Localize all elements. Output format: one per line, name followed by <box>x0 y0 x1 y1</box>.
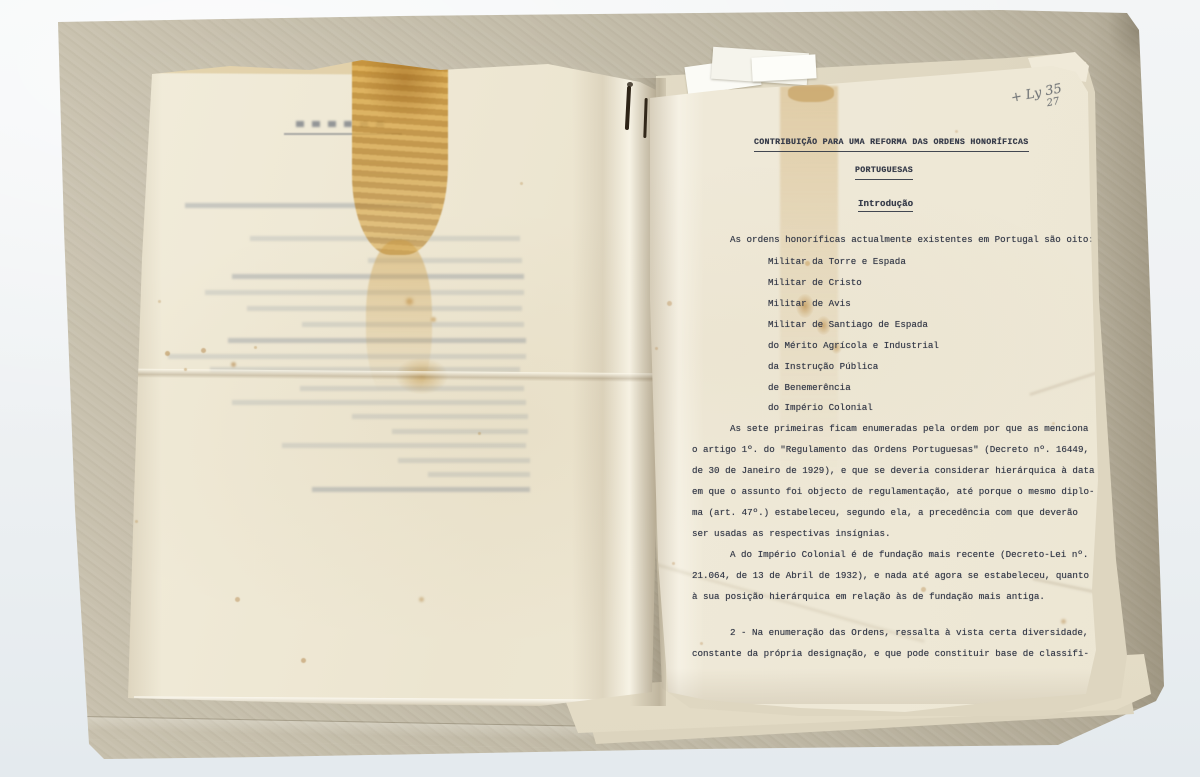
paragraph-line: ser usadas as respectivas insígnias. <box>692 528 890 540</box>
bleedthrough-line <box>428 472 530 477</box>
paragraph-line: A do Império Colonial é de fundação mais… <box>730 549 1088 561</box>
section-heading: Introdução <box>858 198 913 212</box>
bleedthrough-line <box>282 443 526 448</box>
paragraph-line: o artigo 1º. do "Regulamento das Ordens … <box>692 444 1089 456</box>
order-item: do Mérito Agrícola e Industrial <box>768 340 939 352</box>
order-item: de Benemerência <box>768 382 851 394</box>
pencil-annotation-sub: 27 <box>1046 95 1065 110</box>
paragraph-line: à sua posição hierárquica em relação às … <box>692 591 1045 603</box>
photo-scene: CONTRIBUIÇÃO PARA UMA REFORMA DAS ORDENS… <box>0 0 1200 777</box>
order-item: Militar de Avis <box>768 298 851 310</box>
white-paper-slip <box>751 54 816 81</box>
tape-stain-upper <box>352 55 448 255</box>
paragraph-line: 2 - Na enumeração das Ordens, ressalta à… <box>730 627 1088 639</box>
paragraph-line: 21.064, de 13 de Abril de 1932), e nada … <box>692 570 1089 582</box>
order-item: Militar de Santiago de Espada <box>768 319 928 331</box>
paragraph-line: As sete primeiras ficam enumeradas pela … <box>730 423 1088 435</box>
right-page-stain-top <box>788 84 834 102</box>
bleedthrough-line <box>392 429 528 434</box>
intro-line: As ordens honoríficas actualmente existe… <box>730 234 1094 246</box>
right-page-crease <box>1029 371 1098 396</box>
document-title-line1: CONTRIBUIÇÃO PARA UMA REFORMA DAS ORDENS… <box>754 137 1029 152</box>
paragraph-line: em que o assunto foi objecto de regulame… <box>692 486 1094 498</box>
paragraph-line: ma (art. 47º.) estabeleceu, segundo ela,… <box>692 507 1078 519</box>
pencil-annotation: + Ly 35 27 <box>1010 83 1065 116</box>
ink-mark-dot <box>627 82 633 87</box>
bleedthrough-line <box>232 400 526 405</box>
order-item: Militar da Torre e Espada <box>768 256 906 268</box>
right-page-bottom-shade <box>660 668 1090 704</box>
bleedthrough-line <box>398 458 530 463</box>
bleedthrough-line <box>168 354 526 359</box>
paragraph-line: de 30 de Janeiro de 1929), e que se deve… <box>692 465 1094 477</box>
bleedthrough-line <box>312 487 530 492</box>
document-title-line2: PORTUGUESAS <box>855 165 913 180</box>
order-item: Militar de Cristo <box>768 277 862 289</box>
order-item: da Instrução Pública <box>768 361 878 373</box>
order-item: do Império Colonial <box>768 402 873 414</box>
paragraph-line: constante da própria designação, e que p… <box>692 648 1089 660</box>
bleedthrough-line <box>352 414 528 419</box>
bleedthrough-line <box>205 290 524 295</box>
